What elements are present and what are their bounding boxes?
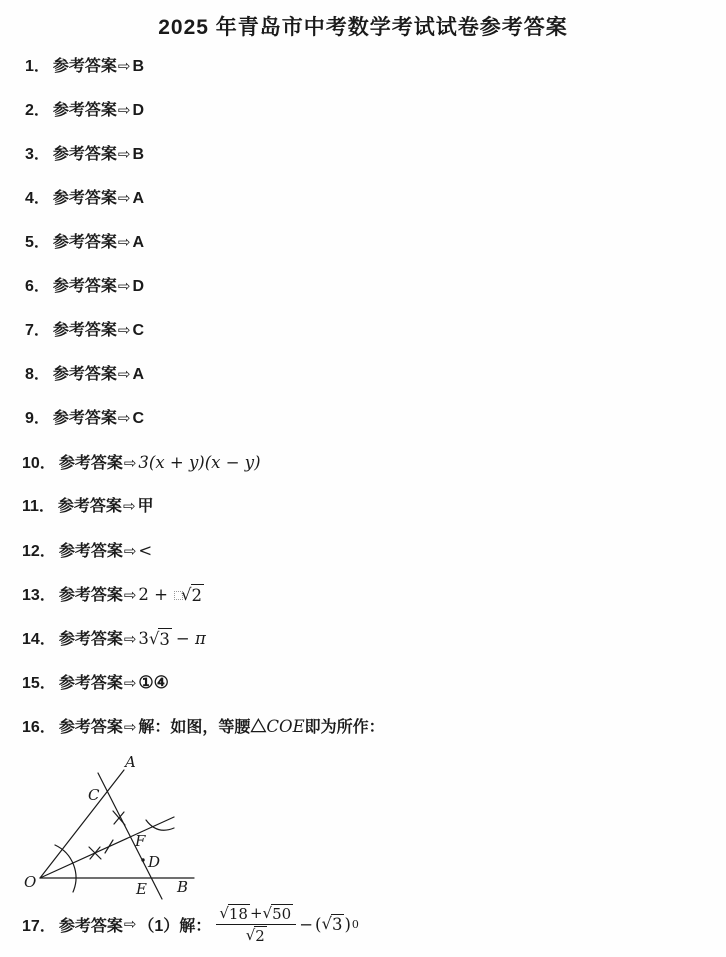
item-number: 2．	[25, 100, 50, 122]
item-number: 4．	[25, 188, 50, 210]
answer-value: B	[133, 144, 145, 166]
answer-value: A	[133, 188, 145, 210]
answer-item-9: 9． 参考答案 ⇨ C	[25, 408, 144, 430]
answer-label: 参考答案	[59, 453, 123, 475]
radicand: 3	[331, 914, 345, 934]
answer-text-prefix: （1）解：	[138, 913, 211, 936]
answer-math: <	[138, 540, 152, 562]
label-e: E	[135, 880, 147, 898]
square-root: √3	[149, 628, 172, 651]
arrow-icon: ⇨	[118, 188, 131, 210]
fraction-numerator: √18 + √50	[216, 904, 296, 925]
answer-text-suffix: 即为所作：	[305, 717, 385, 739]
answer-math-prefix: 2 +	[138, 584, 168, 606]
item-number: 1．	[25, 56, 50, 78]
answer-value: D	[133, 276, 145, 298]
square-root: √2	[246, 926, 267, 945]
answer-value: D	[133, 100, 145, 122]
arrow-icon: ⇨	[124, 541, 137, 563]
item-number: 9．	[25, 408, 50, 430]
compass-arc-at-f	[146, 820, 174, 830]
radicand: 2	[191, 584, 205, 607]
radicand: 3	[158, 628, 172, 651]
answer-item-3: 3． 参考答案 ⇨ B	[25, 144, 144, 166]
exponent: 0	[352, 918, 359, 931]
item-number: 12．	[22, 541, 56, 563]
arrow-icon: ⇨	[118, 56, 131, 78]
item-number: 15．	[22, 673, 56, 695]
radicand: 2	[254, 926, 267, 945]
answer-item-8: 8． 参考答案 ⇨ A	[25, 364, 144, 386]
item-number: 14．	[22, 629, 56, 651]
item-number: 16．	[22, 717, 56, 739]
arrow-icon: ⇨	[124, 453, 137, 475]
item-number: 7．	[25, 320, 50, 342]
answer-item-17: 17． 参考答案 ⇨ （1）解： √18 + √50 √2 − ( √3 ) 0	[22, 898, 359, 950]
answer-sheet-page: 2025 年青岛市中考数学考试试卷参考答案 1． 参考答案 ⇨ B 2． 参考答…	[0, 0, 726, 957]
answer-item-4: 4． 参考答案 ⇨ A	[25, 188, 144, 210]
label-d: D	[147, 853, 160, 871]
answer-item-15: 15． 参考答案 ⇨ ①④	[22, 672, 169, 695]
construction-figure: A C O F D E B	[2, 748, 232, 908]
label-a: A	[123, 753, 136, 771]
arrow-icon: ⇨	[118, 364, 131, 386]
answer-item-10: 10． 参考答案 ⇨ 3(x + y)(x − y)	[22, 452, 261, 475]
minus-sign: −	[299, 915, 313, 934]
compass-arc-at-o	[55, 845, 76, 892]
arrow-icon: ⇨	[123, 496, 136, 518]
answer-label: 参考答案	[53, 100, 117, 122]
item-number: 17．	[22, 913, 56, 936]
answer-value: B	[133, 56, 145, 78]
answer-label: 参考答案	[59, 673, 123, 695]
answer-label: 参考答案	[53, 144, 117, 166]
fraction: √18 + √50 √2	[216, 904, 296, 945]
answer-math: 3(x + y)(x − y)	[138, 452, 260, 474]
arrow-icon: ⇨	[118, 144, 131, 166]
arrow-icon: ⇨	[124, 915, 137, 933]
answer-label: 参考答案	[53, 320, 117, 342]
item-number: 3．	[25, 144, 50, 166]
answer-value: C	[133, 408, 145, 430]
answer-label: 参考答案	[59, 913, 123, 936]
arrow-icon: ⇨	[118, 320, 131, 342]
arrow-icon: ⇨	[124, 673, 137, 695]
item-number: 11．	[22, 496, 55, 518]
arrow-icon: ⇨	[118, 232, 131, 254]
answer-item-7: 7． 参考答案 ⇨ C	[25, 320, 144, 342]
label-b: B	[176, 878, 188, 896]
answer-value: C	[133, 320, 145, 342]
arrow-icon: ⇨	[118, 100, 131, 122]
answer-label: 参考答案	[59, 717, 123, 739]
triangle-name-math: COE	[266, 716, 304, 738]
square-root: √3	[321, 914, 344, 934]
answer-label: 参考答案	[53, 232, 117, 254]
answer-math-suffix: − π	[176, 628, 206, 650]
answer-item-11: 11． 参考答案 ⇨ 甲	[22, 496, 154, 518]
plus-sign: +	[250, 904, 263, 922]
answer-item-5: 5． 参考答案 ⇨ A	[25, 232, 144, 254]
item-number: 13．	[22, 585, 56, 607]
answer-text-prefix: 解：如图，等腰△	[138, 717, 266, 739]
answer-value: A	[133, 364, 145, 386]
arrow-icon: ⇨	[124, 717, 137, 739]
answer-math-prefix: 3	[138, 628, 149, 650]
answer-label: 参考答案	[53, 364, 117, 386]
item-number: 5．	[25, 232, 50, 254]
square-root: √18	[219, 904, 250, 923]
arrow-icon: ⇨	[124, 585, 137, 607]
answer-label: 参考答案	[58, 496, 122, 518]
answer-item-14: 14． 参考答案 ⇨ 3 √3 − π	[22, 628, 206, 651]
answer-item-12: 12． 参考答案 ⇨ <	[22, 540, 152, 563]
answer-value: 甲	[138, 496, 154, 518]
label-f: F	[134, 832, 146, 850]
label-o: O	[24, 873, 36, 891]
answer-label: 参考答案	[53, 56, 117, 78]
answer-value: A	[133, 232, 145, 254]
answer-label: 参考答案	[59, 585, 123, 607]
answer-label: 参考答案	[59, 541, 123, 563]
answer-item-13: 13． 参考答案 ⇨ 2 + √2	[22, 584, 204, 607]
radicand: 50	[271, 904, 293, 923]
answer-value: ①④	[138, 672, 168, 694]
square-root: √50	[263, 904, 294, 923]
arrow-icon: ⇨	[124, 629, 137, 651]
answer-label: 参考答案	[53, 276, 117, 298]
square-root: √2	[181, 584, 204, 607]
point-d-dot	[141, 858, 144, 861]
arrow-icon: ⇨	[118, 276, 131, 298]
answer-label: 参考答案	[53, 408, 117, 430]
item-number: 10．	[22, 453, 56, 475]
tick-mark	[105, 840, 113, 853]
answer-item-6: 6． 参考答案 ⇨ D	[25, 276, 144, 298]
line-ce	[98, 773, 162, 899]
ray-oa	[40, 770, 124, 878]
item-number: 6．	[25, 276, 50, 298]
fraction-denominator: √2	[246, 925, 267, 945]
answer-item-16: 16． 参考答案 ⇨ 解：如图，等腰△ COE 即为所作：	[22, 716, 385, 739]
paren-close: )	[344, 915, 350, 934]
answer-label: 参考答案	[53, 188, 117, 210]
arrow-icon: ⇨	[118, 408, 131, 430]
answer-item-1: 1． 参考答案 ⇨ B	[25, 56, 144, 78]
label-c: C	[88, 786, 100, 804]
page-title: 2025 年青岛市中考数学考试试卷参考答案	[0, 11, 726, 41]
answer-label: 参考答案	[59, 629, 123, 651]
item-number: 8．	[25, 364, 50, 386]
answer-item-2: 2． 参考答案 ⇨ D	[25, 100, 144, 122]
radicand: 18	[228, 904, 250, 923]
